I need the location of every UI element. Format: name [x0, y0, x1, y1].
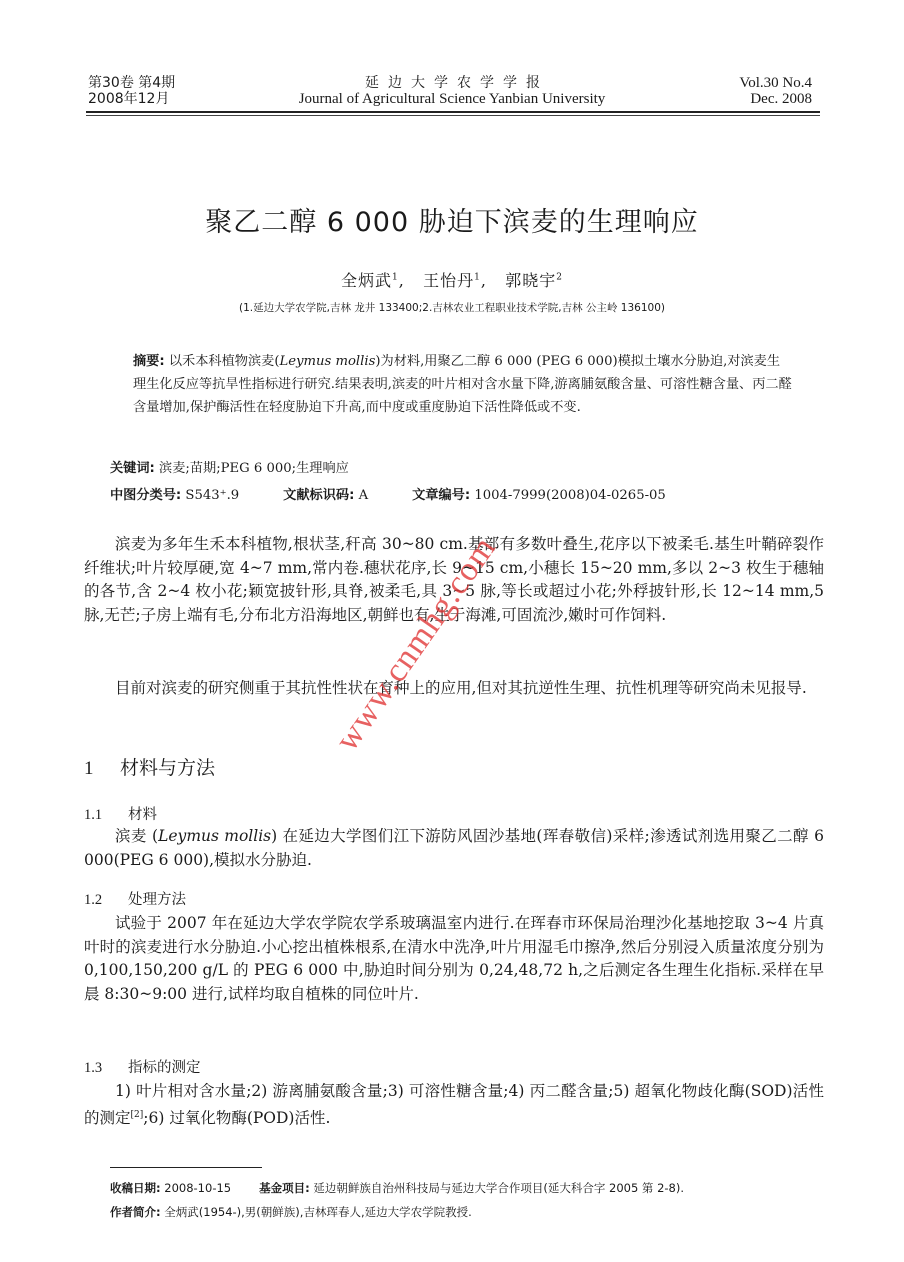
article-title: 聚乙二醇 6 000 胁迫下滨麦的生理响应 — [0, 200, 904, 239]
article-no-value: 1004-7999(2008)04-0265-05 — [474, 488, 665, 503]
footnote-received-fund: 收稿日期: 2008-10-15基金项目: 延边朝鲜族自治州科技局与延边大学合作… — [110, 1180, 830, 1196]
abstract-label: 摘要: — [133, 354, 165, 369]
header-rule-thick — [86, 111, 820, 113]
subsection-number: 1.2 — [84, 892, 128, 909]
methods-paragraph: 试验于 2007 年在延边大学农学院农学系玻璃温室内进行.在珲春市环保局治理沙化… — [84, 912, 824, 1006]
subsection-title: 材料 — [128, 807, 157, 823]
subsection-heading-1-1: 1.1材料 — [84, 803, 157, 824]
affiliations: (1.延边大学农学院,吉林 龙井 133400;2.吉林农业工程职业技术学院,吉… — [0, 300, 904, 315]
section-title: 材料与方法 — [120, 757, 215, 779]
bio-text: 全炳武(1954-),男(朝鲜族),吉林珲春人,延边大学农学院教授. — [164, 1205, 471, 1219]
measurement-text-post: ;6) 过氧化物酶(POD)活性. — [143, 1109, 330, 1127]
author-affiliation-mark: 2 — [556, 273, 563, 283]
keywords-label: 关键词: — [110, 461, 155, 476]
abstract-text-pre: 以禾本科植物滨麦( — [169, 354, 280, 369]
header-rule-thin — [86, 115, 820, 116]
section-number: 1 — [84, 758, 120, 780]
section-heading-1: 1材料与方法 — [84, 753, 215, 780]
intro-paragraph-2: 目前对滨麦的研究侧重于其抗性性状在育种上的应用,但对其抗逆性生理、抗性机理等研究… — [84, 677, 824, 701]
clc-value: S543⁺.9 — [185, 488, 239, 503]
species-name: Leymus mollis — [280, 354, 376, 369]
fund-text: 延边朝鲜族自治州科技局与延边大学合作项目(延大科合字 2005 第 2-8). — [313, 1181, 684, 1195]
subsection-heading-1-3: 1.3指标的测定 — [84, 1056, 201, 1077]
author-name: 全炳武 — [341, 271, 392, 290]
fund-label: 基金项目: — [259, 1181, 310, 1195]
subsection-number: 1.3 — [84, 1060, 128, 1077]
date-en: Dec. 2008 — [739, 91, 812, 107]
materials-text-pre: 滨麦 ( — [115, 827, 158, 845]
received-date: 2008-10-15 — [164, 1181, 231, 1195]
measurement-paragraph: 1) 叶片相对含水量;2) 游离脯氨酸含量;3) 可溶性糖含量;4) 丙二醛含量… — [84, 1080, 824, 1130]
clc-label: 中图分类号: — [110, 488, 181, 503]
doc-code-label: 文献标识码: — [283, 488, 354, 503]
citation-ref[interactable]: [2] — [131, 1110, 144, 1120]
footnote-author-bio: 作者简介: 全炳武(1954-),男(朝鲜族),吉林珲春人,延边大学农学院教授. — [110, 1204, 830, 1220]
author-name: 王怡丹 — [423, 271, 474, 290]
classification-line: 中图分类号: S543⁺.9文献标识码: A文章编号: 1004-7999(20… — [110, 484, 830, 503]
article-no-label: 文章编号: — [412, 488, 470, 503]
keywords: 关键词: 滨麦;苗期;PEG 6 000;生理响应 — [110, 457, 810, 476]
subsection-title: 指标的测定 — [128, 1060, 201, 1076]
materials-paragraph: 滨麦 (Leymus mollis) 在延边大学图们江下游防风固沙基地(珲春敬信… — [84, 825, 824, 872]
abstract: 摘要: 以禾本科植物滨麦(Leymus mollis)为材料,用聚乙二醇 6 0… — [133, 350, 793, 419]
bio-label: 作者简介: — [110, 1205, 161, 1219]
subsection-title: 处理方法 — [128, 892, 186, 908]
subsection-heading-1-2: 1.2处理方法 — [84, 888, 186, 909]
header-volume-en: Vol.30 No.4 Dec. 2008 — [739, 75, 812, 107]
author-affiliation-mark: 1 — [392, 273, 399, 283]
keywords-text: 滨麦;苗期;PEG 6 000;生理响应 — [159, 461, 349, 476]
author-list: 全炳武1, 王怡丹1, 郭晓宇2 — [0, 268, 904, 291]
author-name: 郭晓宇 — [505, 271, 556, 290]
footnote-rule — [110, 1167, 262, 1168]
author-affiliation-mark: 1 — [474, 273, 481, 283]
doc-code-value: A — [359, 488, 369, 503]
subsection-number: 1.1 — [84, 807, 128, 824]
species-name: Leymus mollis — [158, 827, 271, 845]
volume-issue-en: Vol.30 No.4 — [739, 75, 812, 91]
received-label: 收稿日期: — [110, 1181, 161, 1195]
